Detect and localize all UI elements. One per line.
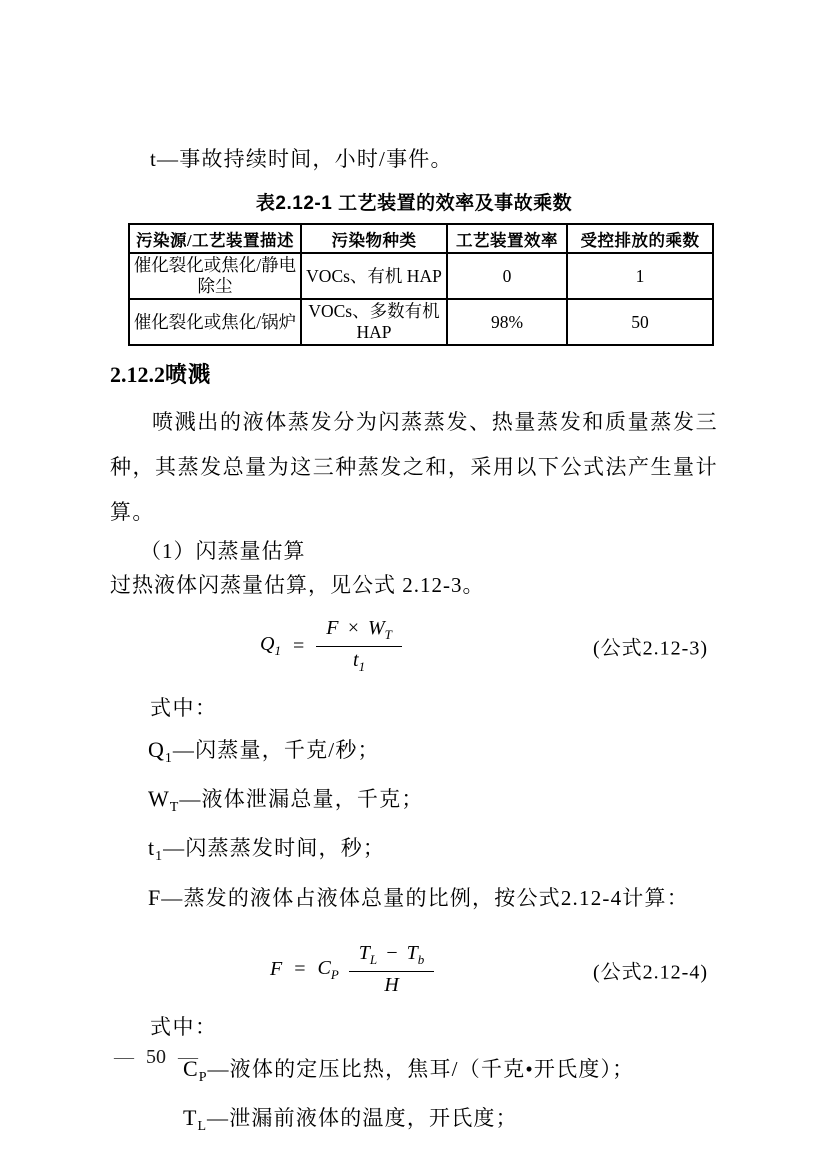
symbol-subscript: L <box>197 1119 207 1134</box>
var-f: F <box>326 617 338 639</box>
item-1-intro: 过热液体闪蒸量估算，见公式 2.12-3。 <box>110 570 718 600</box>
table-cell: VOCs、多数有机 HAP <box>301 299 447 345</box>
definition-text: —液体的定压比热，焦耳/（千克•开氏度）； <box>207 1057 634 1081</box>
page-number-footer: —50— <box>108 1046 204 1069</box>
section-number: 2.12.2 <box>110 362 165 387</box>
section-heading: 2.12.2喷溅 <box>110 360 718 390</box>
symbol-subscript: 1 <box>165 751 173 766</box>
fraction: F×WT t1 <box>316 617 402 675</box>
var-tl-sub: L <box>370 952 377 967</box>
table-cell: 50 <box>567 299 713 345</box>
definition-text: —液体泄漏总量，千克； <box>179 787 423 811</box>
definition-wt: WT—液体泄漏总量，千克； <box>110 779 718 828</box>
var-q-sub: 1 <box>274 643 281 658</box>
var-f: F <box>270 958 282 980</box>
definition-text: —闪蒸量，千克/秒； <box>173 738 380 762</box>
symbol-subscript: T <box>170 800 180 815</box>
header-pollution-source: 污染源/工艺装置描述 <box>129 224 301 253</box>
equals-sign: = <box>294 958 305 981</box>
var-w-sub: T <box>385 627 392 642</box>
page-number: 50 <box>146 1046 166 1068</box>
var-c-sub: P <box>331 967 339 982</box>
where-label-1: 式中： <box>110 694 718 722</box>
page-content: t—事故持续时间，小时/事件。 表2.12-1 工艺装置的效率及事故乘数 污染源… <box>110 146 718 1147</box>
table-row: 催化裂化或焦化/静电除尘 VOCs、有机 HAP 0 1 <box>129 253 713 299</box>
formula-lhs: F <box>270 958 282 981</box>
formula-lhs: Q1 <box>260 633 281 659</box>
symbol: W <box>148 786 170 811</box>
header-controlled-emission-multiplier: 受控排放的乘数 <box>567 224 713 253</box>
fraction-numerator: F×WT <box>316 617 402 647</box>
multiply-operator: × <box>346 617 360 639</box>
equals-sign: = <box>293 635 304 658</box>
table-title: 表2.12-1 工艺装置的效率及事故乘数 <box>110 192 718 216</box>
definition-tl: TL—泄漏前液体的温度，开氏度； <box>110 1098 718 1147</box>
definition-f: F—蒸发的液体占液体总量的比例，按公式2.12-4计算： <box>110 878 718 927</box>
formula-expression-q1: Q1 = F×WT t1 <box>260 617 402 675</box>
item-1-heading: （1）闪蒸量估算 <box>110 535 718 567</box>
table-header-row: 污染源/工艺装置描述 污染物种类 工艺装置效率 受控排放的乘数 <box>129 224 713 253</box>
table-row: 催化裂化或焦化/锅炉 VOCs、多数有机 HAP 98% 50 <box>129 299 713 345</box>
table-cell: 1 <box>567 253 713 299</box>
definition-t1: t1—闪蒸蒸发时间，秒； <box>110 828 718 877</box>
definition-q1: Q1—闪蒸量，千克/秒； <box>110 730 718 779</box>
table-cell: 催化裂化或焦化/静电除尘 <box>129 253 301 299</box>
symbol-subscript: 1 <box>155 850 163 865</box>
header-device-efficiency: 工艺装置效率 <box>447 224 567 253</box>
section-title: 喷溅 <box>165 362 211 387</box>
symbol: F <box>148 885 161 910</box>
formula-label: (公式2.12-4) <box>593 955 708 984</box>
var-c: C <box>318 957 331 979</box>
process-efficiency-table: 污染源/工艺装置描述 污染物种类 工艺装置效率 受控排放的乘数 催化裂化或焦化/… <box>128 223 714 346</box>
variable-definition-t: t—事故持续时间，小时/事件。 <box>110 146 718 172</box>
fraction-numerator: TL−Tb <box>349 942 434 972</box>
table-cell: VOCs、有机 HAP <box>301 253 447 299</box>
var-tl: T <box>359 942 370 964</box>
formula-label: (公式2.12-3) <box>593 632 708 661</box>
symbol: T <box>183 1105 197 1130</box>
footer-left-dash: — <box>114 1046 134 1068</box>
var-q: Q <box>260 633 274 655</box>
var-tb: T <box>407 942 418 964</box>
section-paragraph: 喷溅出的液体蒸发分为闪蒸蒸发、热量蒸发和质量蒸发三种，其蒸发总量为这三种蒸发之和… <box>110 400 718 535</box>
footer-right-dash: — <box>178 1046 198 1068</box>
where-label-2: 式中： <box>110 1013 718 1041</box>
formula-2-12-4: F = CP TL−Tb H (公式2.12-4) <box>110 939 718 1001</box>
document-page: t—事故持续时间，小时/事件。 表2.12-1 工艺装置的效率及事故乘数 污染源… <box>0 0 827 1169</box>
symbol: Q <box>148 737 165 762</box>
var-tb-sub: b <box>418 952 425 967</box>
var-h: H <box>384 974 398 996</box>
table-cell: 0 <box>447 253 567 299</box>
table-cell: 催化裂化或焦化/锅炉 <box>129 299 301 345</box>
formula-expression-f: F = CP TL−Tb H <box>270 942 434 997</box>
definition-text: —蒸发的液体占液体总量的比例，按公式2.12-4计算： <box>161 886 689 910</box>
coefficient: CP <box>318 957 339 983</box>
definition-text: —闪蒸蒸发时间，秒； <box>163 836 385 860</box>
formula-2-12-3: Q1 = F×WT t1 (公式2.12-3) <box>110 610 718 682</box>
definitions-list-1: Q1—闪蒸量，千克/秒； WT—液体泄漏总量，千克； t1—闪蒸蒸发时间，秒； … <box>110 730 718 927</box>
var-t-sub: 1 <box>359 659 366 674</box>
table-cell: 98% <box>447 299 567 345</box>
var-w: W <box>368 617 385 639</box>
minus-operator: − <box>385 942 399 964</box>
fraction-denominator: t1 <box>316 647 402 675</box>
header-pollutant-type: 污染物种类 <box>301 224 447 253</box>
fraction-denominator: H <box>349 972 434 997</box>
definition-text: —泄漏前液体的温度，开氏度； <box>207 1106 518 1130</box>
fraction: TL−Tb H <box>349 942 434 997</box>
